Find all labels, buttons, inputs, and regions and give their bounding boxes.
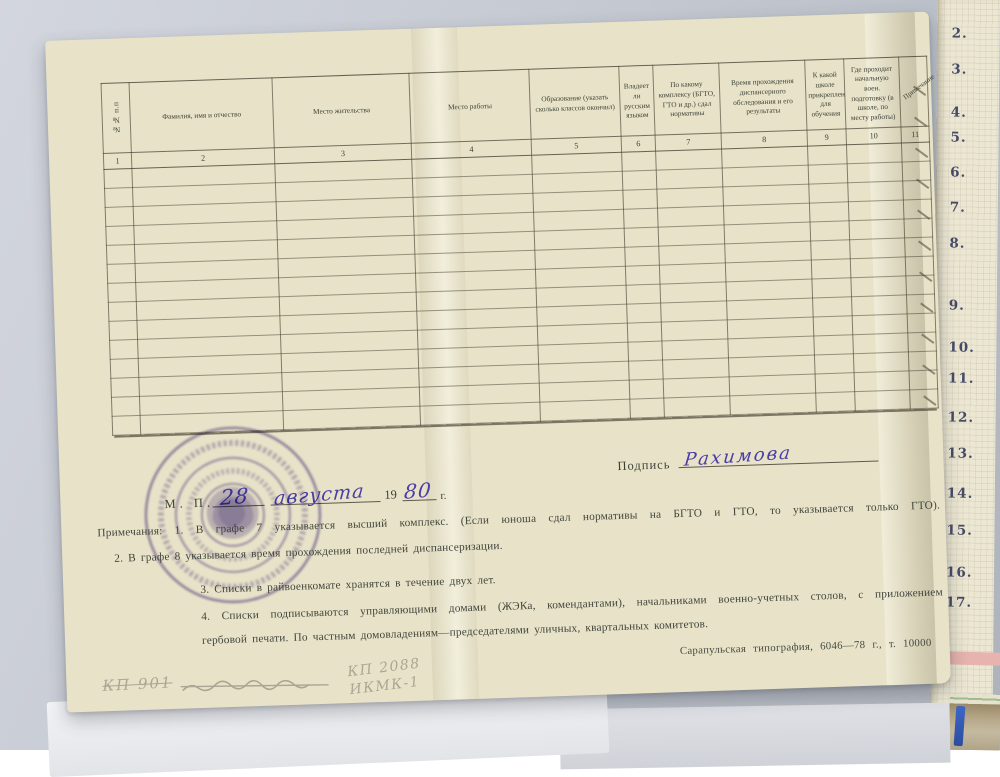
empty-cell	[905, 256, 934, 276]
pencil-crossed-text: КП 901	[102, 673, 173, 695]
empty-cell	[622, 170, 657, 190]
empty-cell	[905, 237, 934, 257]
empty-cell	[656, 168, 723, 189]
empty-cell	[663, 358, 730, 379]
empty-cell	[110, 339, 139, 359]
empty-cell	[624, 208, 659, 228]
empty-cell	[662, 339, 729, 360]
pink-page-band	[942, 651, 1000, 666]
empty-cell	[904, 218, 933, 238]
empty-cell	[627, 322, 662, 342]
empty-cell	[909, 370, 938, 390]
empty-cell	[808, 164, 848, 184]
empty-cell	[660, 282, 727, 303]
empty-cell	[811, 240, 851, 260]
empty-cell	[624, 227, 659, 247]
empty-cell	[622, 151, 657, 171]
column-number: 6	[621, 135, 656, 152]
empty-cell	[848, 181, 904, 202]
table-body	[104, 142, 938, 435]
empty-cell	[901, 142, 930, 162]
empty-cell	[910, 389, 939, 409]
empty-cell	[663, 377, 730, 398]
empty-cell	[657, 187, 724, 208]
empty-cell	[659, 263, 726, 284]
column-header: Время прохождения диспансерного обследов…	[719, 60, 807, 133]
empty-cell	[664, 396, 731, 417]
empty-cell	[106, 226, 135, 246]
notebook-line-number: 15.	[946, 522, 973, 538]
empty-cell	[108, 301, 137, 321]
notebook-line-number: 10.	[948, 339, 975, 355]
handwritten-signature: Рахимова	[683, 442, 793, 470]
signature-label: Подпись	[617, 457, 670, 473]
empty-cell	[623, 189, 658, 209]
column-header: Где проходит начальную воен. подготовку …	[844, 57, 901, 129]
empty-cell	[903, 180, 932, 200]
empty-cell	[816, 392, 856, 412]
empty-cell	[540, 399, 631, 421]
empty-cell	[627, 303, 662, 323]
empty-cell	[906, 275, 935, 295]
empty-cell	[810, 221, 850, 241]
column-header: По какому комплексу (БГТО, ГТО и др.) сд…	[653, 63, 721, 135]
column-number: 11	[901, 126, 930, 143]
column-number: 1	[103, 153, 132, 170]
notebook-line-number: 3.	[951, 61, 967, 77]
column-number: 10	[846, 127, 902, 145]
empty-cell	[815, 373, 855, 393]
empty-cell	[852, 314, 908, 335]
empty-cell	[629, 360, 664, 380]
empty-cell	[812, 278, 852, 298]
empty-cell	[107, 263, 136, 283]
empty-cell	[630, 398, 665, 418]
empty-cell	[106, 244, 135, 264]
photo-scene: 2.3.4.5.6.7.8.9.10.11.12.13.14.15.16.17.…	[0, 0, 1000, 750]
column-header: Фамилия, имя и отчество	[129, 78, 274, 153]
empty-cell	[808, 145, 848, 165]
column-header: №№ п.п	[101, 83, 131, 154]
empty-cell	[908, 332, 937, 352]
empty-cell	[661, 301, 728, 322]
empty-cell	[661, 320, 728, 341]
notebook-line-number: 13.	[947, 445, 974, 461]
white-sheet-secondary	[560, 703, 951, 750]
empty-cell	[846, 143, 902, 164]
notebook-line-number: 17.	[946, 594, 973, 610]
recruits-table: №№ п.пФамилия, имя и отчествоМесто жител…	[101, 56, 939, 436]
empty-cell	[105, 207, 134, 227]
empty-cell	[854, 371, 910, 392]
empty-cell	[814, 354, 854, 374]
year-suffix: г.	[440, 490, 446, 502]
footnotes-block: Примечания: 1. В графе 7 указывается выс…	[45, 12, 929, 41]
empty-cell	[659, 244, 726, 265]
column-number: 9	[807, 129, 847, 146]
column-header: Образование (указать сколько классов око…	[529, 66, 621, 139]
notebook-line-number: 9.	[949, 297, 965, 313]
empty-cell	[108, 282, 137, 302]
page-stack-edge	[944, 704, 1000, 750]
empty-cell	[849, 219, 905, 240]
pencil-note-kp: КП 2088 ИКМК-1	[347, 656, 424, 700]
notebook-line-number: 14.	[947, 485, 974, 501]
pencil-scribble	[180, 672, 331, 699]
empty-cell	[628, 341, 663, 361]
notebook-line-number: 5.	[950, 129, 966, 145]
empty-cell	[105, 188, 134, 208]
empty-cell	[811, 259, 851, 279]
empty-cell	[104, 169, 133, 189]
notebook-line-number: 8.	[949, 235, 965, 251]
column-header: К какой школе прикреплен для обучения	[805, 59, 846, 130]
printed-year-prefix: 19	[384, 487, 397, 502]
empty-cell	[855, 390, 911, 411]
curl-line-marks	[45, 12, 929, 41]
empty-cell	[420, 402, 541, 425]
handwritten-year: 80	[403, 478, 432, 504]
empty-cell	[908, 351, 937, 371]
empty-cell	[903, 199, 932, 219]
notebook-line-number: 11.	[948, 370, 975, 386]
empty-cell	[111, 377, 140, 397]
empty-cell	[110, 358, 139, 378]
signature-row: ПодписьРахимова	[617, 442, 918, 475]
empty-cell	[813, 297, 853, 317]
empty-cell	[902, 161, 931, 181]
empty-cell	[109, 320, 138, 340]
empty-cell	[730, 393, 817, 415]
notebook-line-number: 4.	[951, 104, 967, 120]
empty-cell	[851, 276, 907, 297]
empty-cell	[629, 379, 664, 399]
notebook-line-number: 2.	[952, 25, 968, 41]
empty-cell	[111, 396, 140, 416]
empty-cell	[907, 294, 936, 314]
column-header: Примечание	[899, 56, 929, 127]
empty-cell	[850, 257, 906, 278]
empty-cell	[852, 295, 908, 316]
column-header: Место жительства	[272, 73, 411, 148]
empty-cell	[809, 202, 849, 222]
notebook-line-number: 12.	[948, 409, 975, 425]
empty-cell	[813, 316, 853, 336]
signature-line: Рахимова	[678, 443, 878, 468]
pencil-note-crossed: КП 901	[102, 667, 342, 694]
form-paper: №№ п.пФамилия, имя и отчествоМесто жител…	[45, 12, 951, 713]
empty-cell	[625, 246, 660, 266]
empty-cell	[847, 162, 903, 183]
empty-cell	[657, 206, 724, 227]
empty-cell	[850, 238, 906, 259]
notebook-line-number: 7.	[950, 199, 966, 215]
empty-cell	[853, 333, 909, 354]
column-header: Место работы	[409, 69, 531, 143]
empty-cell	[658, 225, 725, 246]
empty-cell	[809, 183, 849, 203]
empty-cell	[626, 284, 661, 304]
column-header: Владеет ли русским языком	[619, 65, 655, 136]
notebook-line-number: 6.	[950, 164, 966, 180]
empty-cell	[112, 415, 141, 435]
empty-cell	[848, 200, 904, 221]
empty-cell	[814, 335, 854, 355]
empty-cell	[625, 265, 660, 285]
empty-cell	[907, 313, 936, 333]
notebook-line-number: 16.	[946, 564, 973, 580]
empty-cell	[656, 149, 723, 170]
empty-cell	[853, 352, 909, 373]
